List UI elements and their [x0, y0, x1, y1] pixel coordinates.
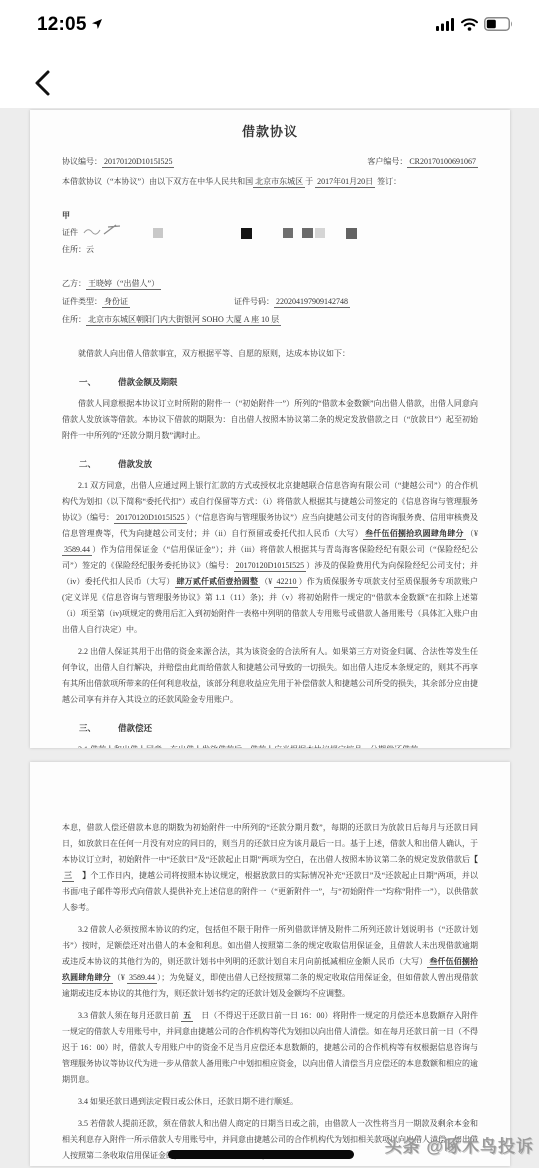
section-1-heading: 一、借款金额及期限: [62, 374, 478, 390]
clause-3-1-continuation: 本息，借款人偿还借款本息的期数为初始附件一中所列的“还款分期月数”，每期的还款日…: [62, 820, 478, 916]
party-a-label: 甲: [62, 208, 478, 224]
party-b-id-row: 证件类型：身份证 证件号码：220204197909142748: [62, 294, 478, 310]
party-a-id-label: 证件: [62, 225, 78, 241]
document-page-2: 本息，借款人偿还借款本息的期数为初始附件一中所列的“还款分期月数”，每期的还款日…: [30, 762, 510, 1166]
clause-3-4: 3.4 如果还款日遇到法定假日或公休日，还款日期不进行顺延。: [62, 1094, 478, 1110]
cellular-signal-icon: [436, 18, 455, 36]
nav-bar: [0, 60, 539, 108]
preamble-paragraph: 就借款人向出借人借款事宜，双方根据平等、自愿的原则，达成本协议如下：: [62, 346, 478, 362]
watermark-text: 头条 @啄木鸟投诉: [385, 1132, 534, 1157]
back-button[interactable]: [30, 68, 62, 100]
section-3-heading: 三、借款偿还: [62, 720, 478, 736]
intro-paragraph: 本借款协议（“本协议”）由以下双方在中华人民共和国北京市东城区于 2017年01…: [62, 174, 478, 190]
status-icons: [436, 17, 513, 36]
section-1-paragraph: 借款人同意根据本协议订立时所附的附件一（“初始附件一”）所列的“借款本金数额”向…: [62, 396, 478, 444]
clause-2-1: 2.1 双方同意，出借人应通过网上银行汇款的方式或授权北京捷越联合信息咨询有限公…: [62, 478, 478, 638]
party-b-id-number: 证件号码：220204197909142748: [234, 294, 350, 310]
phone-screen: 12:05: [0, 0, 539, 1168]
clause-3-1: 3.1 借款人和出借人同意，在出借人发放借款后，借款人应当根据本协议规定按月、分…: [62, 742, 478, 748]
wifi-icon: [461, 18, 478, 36]
party-b-address: 住所：北京市东城区朝阳门内大街银河 SOHO 大厦 A 座 10 层: [62, 312, 478, 328]
party-a-address: 住所：云: [62, 242, 478, 258]
party-b-id-type: 证件类型：身份证: [62, 294, 234, 310]
home-indicator[interactable]: [168, 1150, 354, 1159]
clause-2-2: 2.2 出借人保证其用于出借的资金来源合法，其为该资金的合法所有人。如果第三方对…: [62, 644, 478, 708]
status-bar: 12:05: [0, 0, 539, 50]
clause-3-3: 3.3 借款人须在每月还款日前 五 日（不得迟于还款日前一日 16：00）将附件…: [62, 1008, 478, 1088]
document-viewer[interactable]: 借款协议 协议编号：20170120D1015I525 客户编号：CR20170…: [0, 108, 539, 1168]
document-title: 借款协议: [62, 124, 478, 140]
clock-text: 12:05: [37, 14, 87, 36]
battery-icon: [484, 17, 513, 36]
document-page-1: 借款协议 协议编号：20170120D1015I525 客户编号：CR20170…: [30, 110, 510, 748]
status-time: 12:05: [37, 14, 103, 36]
location-arrow-icon: [91, 14, 103, 36]
chevron-left-icon: [30, 85, 56, 102]
redaction-boxes: [134, 228, 357, 239]
party-b-name: 乙方：王晓婷（“出借人”）: [62, 276, 478, 292]
document-numbers-row: 协议编号：20170120D1015I525 客户编号：CR2017010069…: [62, 154, 478, 170]
clause-3-2: 3.2 借款人必须按照本协议的约定，包括但不限于附件一所列借款详情及附件二所列还…: [62, 922, 478, 1002]
section-2-heading: 二、借款发放: [62, 456, 478, 472]
party-a-id-row: 证件: [62, 226, 478, 240]
handwriting-scribble: [82, 223, 134, 243]
agreement-number: 协议编号：20170120D1015I525: [62, 154, 174, 170]
party-a-block: 甲 证件 住所：云: [62, 208, 478, 258]
customer-number: 客户编号：CR20170100691067: [367, 154, 478, 170]
party-b-block: 乙方：王晓婷（“出借人”） 证件类型：身份证 证件号码：220204197909…: [62, 276, 478, 328]
